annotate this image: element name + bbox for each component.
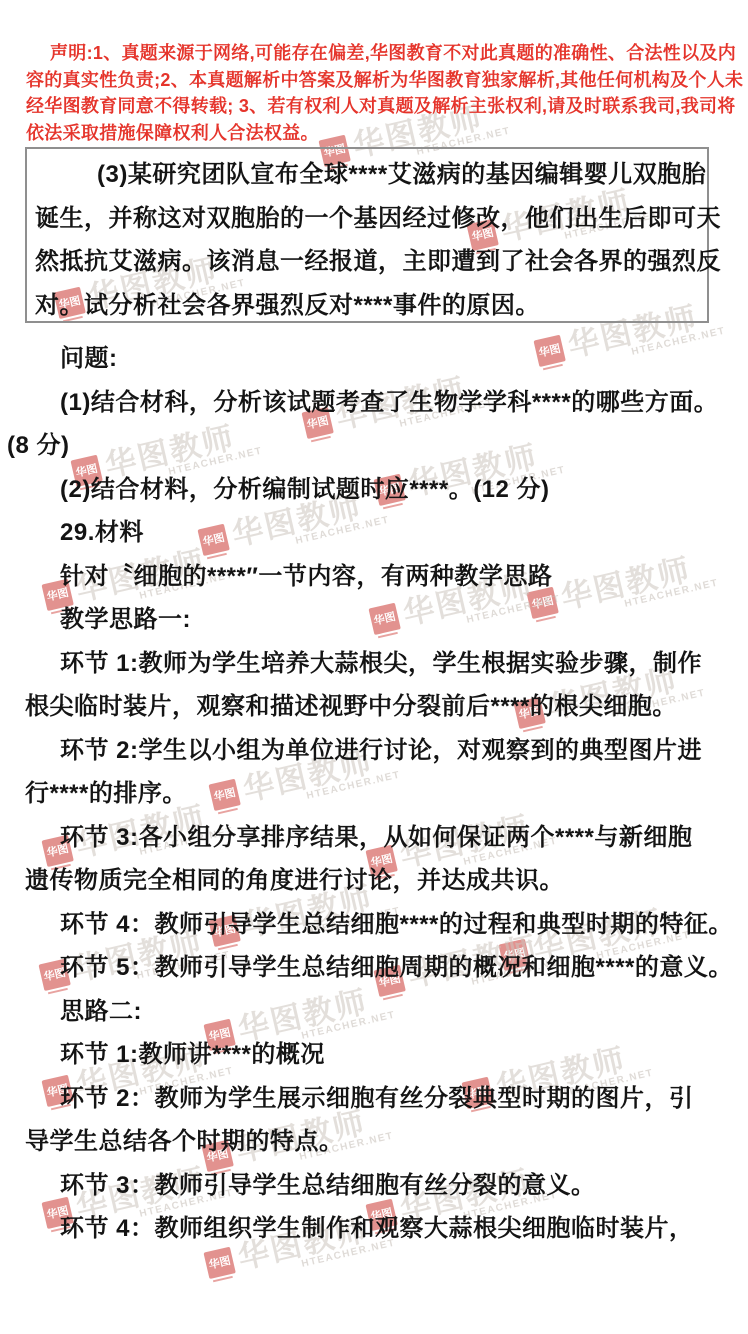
body-line: 环节 1:教师为学生培养大蒜根尖，学生根据实验步骤，制作	[60, 642, 748, 686]
body-line: (8 分)	[7, 424, 748, 468]
question-box: (3)某研究团队宣布全球****艾滋病的基因编辑婴儿双胞胎诞生，并称这对双胞胎的…	[25, 147, 709, 323]
body-line: 环节 2：教师为学生展示细胞有丝分裂典型时期的图片，引	[60, 1077, 748, 1121]
body-line: 行****的排序。	[25, 772, 748, 816]
body-line: 环节 3：教师引导学生总结细胞有丝分裂的意义。	[60, 1164, 748, 1208]
body-line: (1)结合材科，分析该试题考查了生物学学科****的哪些方面。	[60, 381, 748, 425]
body-line: 根尖临时装片，观察和描述视野中分裂前后****的根尖细胞。	[25, 685, 748, 729]
disclaimer-line: 容的真实性负责;2、本真题解析中答案及解析为华图教育独家解析,其他任何机构及个人…	[26, 67, 718, 94]
body-line: 环节 1:教师讲****的概况	[60, 1033, 748, 1077]
body-line: 环节 2:学生以小组为单位进行讨论，对观察到的典型图片进	[60, 729, 748, 773]
document-content: 声明:1、真题来源于网络,可能存在偏差,华图教育不对此真题的准确性、合法性以及内…	[0, 0, 748, 1334]
question-box-line: 然抵抗艾滋病。该消息一经报道，主即遭到了社会各界的强烈反	[35, 240, 699, 284]
body-line: 针对〝细胞的****″一节内容，有两种教学思路	[60, 555, 748, 599]
disclaimer-line: 声明:1、真题来源于网络,可能存在偏差,华图教育不对此真题的准确性、合法性以及内	[26, 40, 718, 67]
body-text: 问题:(1)结合材科，分析该试题考查了生物学学科****的哪些方面。(8 分)(…	[0, 337, 748, 1251]
question-box-line: (3)某研究团队宣布全球****艾滋病的基因编辑婴儿双胞胎	[97, 153, 699, 197]
body-line: 环节 4：教师组织学生制作和观察大蒜根尖细胞临时装片，	[60, 1207, 748, 1251]
body-line: 导学生总结各个时期的特点。	[25, 1120, 748, 1164]
body-line: 29.材料	[60, 511, 748, 555]
body-line: 思路二:	[60, 990, 748, 1034]
question-box-line: 对。试分析社会各界强烈反对****事件的原因。	[35, 284, 699, 328]
question-box-line: 诞生，并称这对双胞胎的一个基因经过修改，他们出生后即可天	[35, 197, 699, 241]
body-line: 环节 5：教师引导学生总结细胞周期的概况和细胞****的意义。	[60, 946, 748, 990]
disclaimer-line: 依法采取措施保障权利人合法权益。	[26, 120, 718, 147]
document-page: 华图华图教师HTEACHER.NET华图华图教师HTEACHER.NET华图华图…	[0, 0, 748, 1334]
disclaimer-line: 经华图教育同意不得转载; 3、若有权利人对真题及解析主张权利,请及时联系我司,我…	[26, 93, 718, 120]
body-line: 教学思路一:	[60, 598, 748, 642]
body-line: 遗传物质完全相同的角度进行讨论，并达成共识。	[25, 859, 748, 903]
body-line: 环节 3:各小组分享排序结果，从如何保证两个****与新细胞	[60, 816, 748, 860]
body-line: 环节 4：教师引导学生总结细胞****的过程和典型时期的特征。	[60, 903, 748, 947]
body-line: 问题:	[60, 337, 748, 381]
disclaimer: 声明:1、真题来源于网络,可能存在偏差,华图教育不对此真题的准确性、合法性以及内…	[26, 40, 718, 147]
body-line: (2)结合材料，分析编制试题时应****。(12 分)	[60, 468, 748, 512]
